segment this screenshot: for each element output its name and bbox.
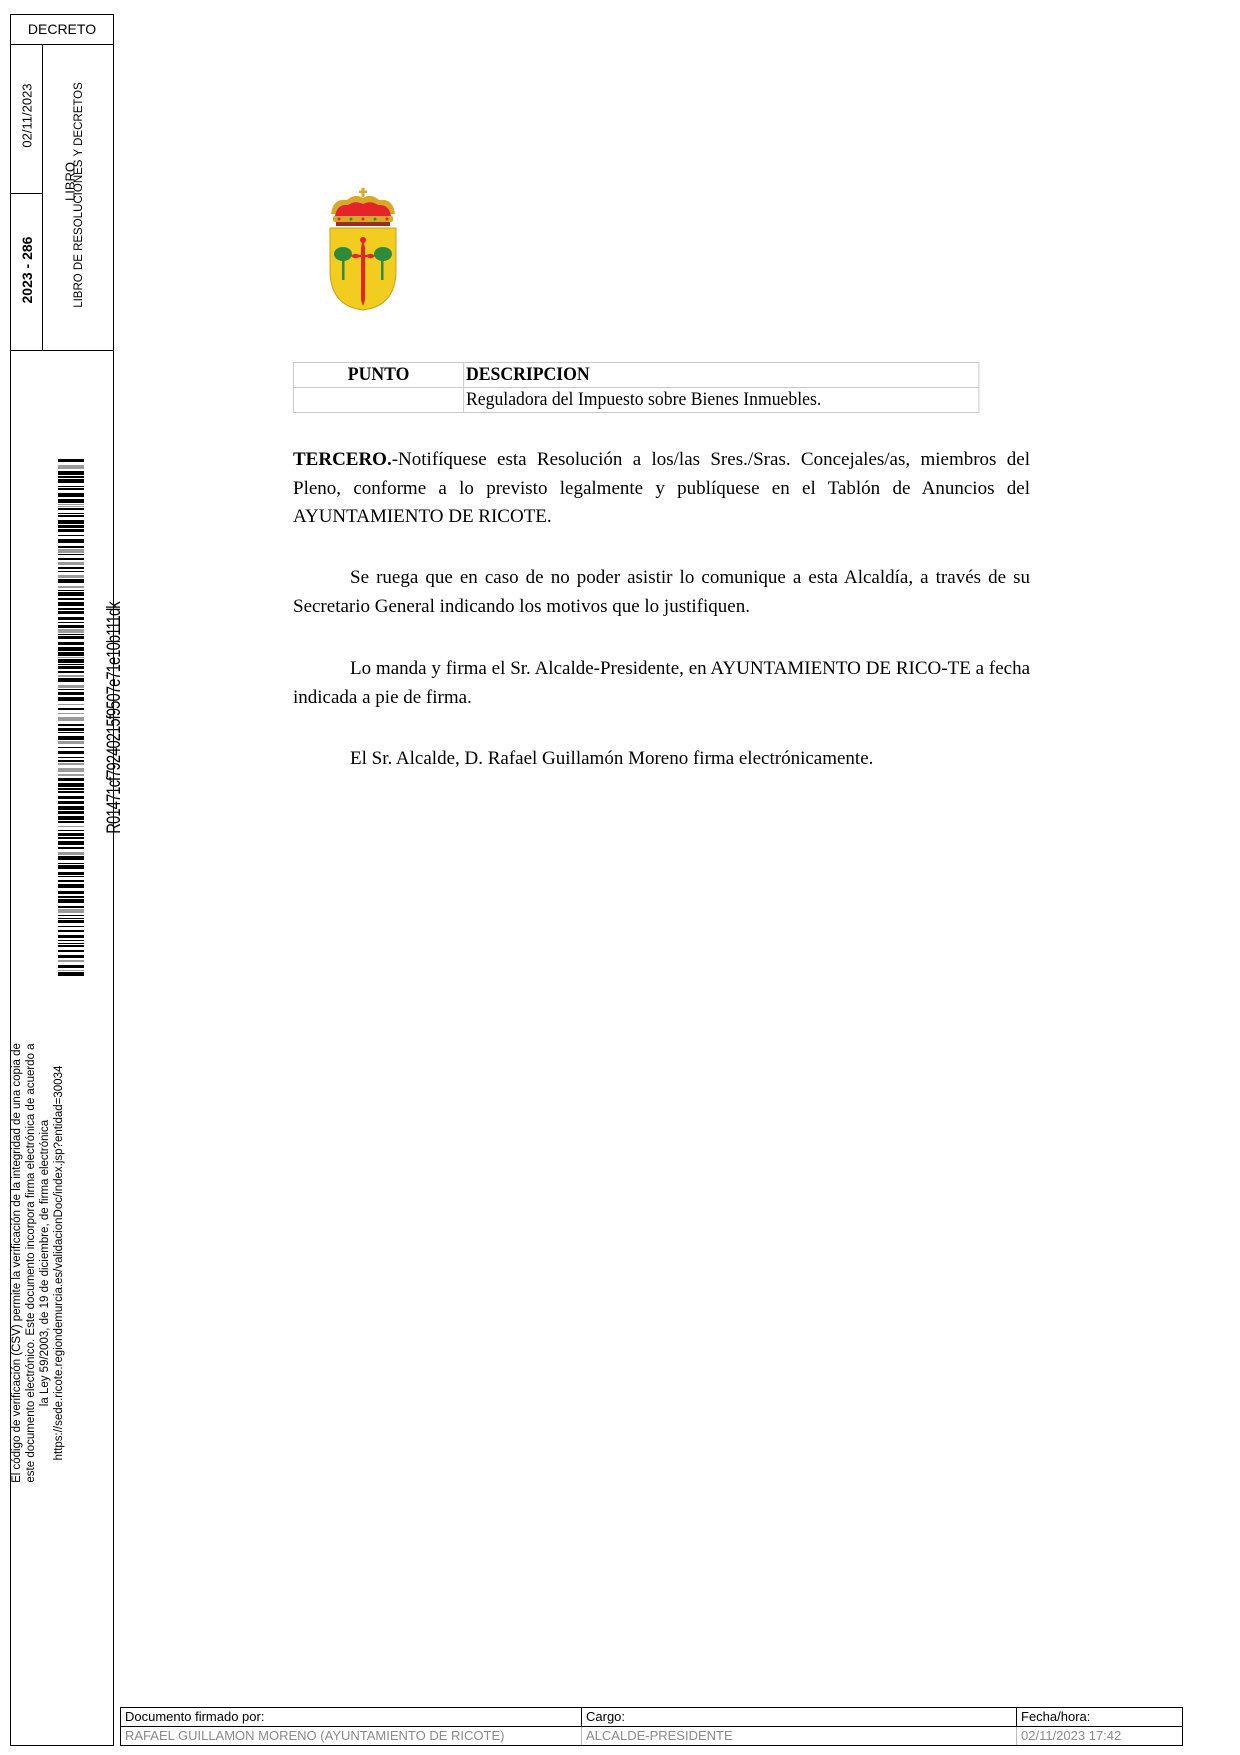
datetime-label: Fecha/hora: [1017,1708,1183,1727]
registry-block: 02/11/2023 2023 - 286 LIBRO LIBRO DE RES… [11,44,113,351]
table-header-row: PUNTO DESCRIPCION [293,363,978,388]
csv-barcode [58,459,84,979]
paragraph-signature-order: Lo manda y firma el Sr. Alcalde-Presiden… [293,655,1030,712]
csv-code: R01471cf79240215f9507e71e10b111dk [104,601,126,835]
paragraph-attendance: Se ruega que en caso de no poder asistir… [293,564,1030,621]
signature-labels-row: Documento firmado por: Cargo: Fecha/hora… [121,1708,1183,1727]
header-descripcion: DESCRIPCION [464,363,979,388]
cell-punto [293,388,463,413]
validation-url: https://sede.ricote.regiondemurcia.es/va… [52,983,66,1543]
signature-order-text: Lo manda y firma el Sr. Alcalde-Presiden… [293,658,1030,708]
datetime-value: 02/11/2023 17:42 [1017,1727,1183,1746]
coat-of-arms-icon [325,188,401,312]
position-value: ALCALDE-PRESIDENTE [582,1727,1017,1746]
signed-by-label: Documento firmado por: [121,1708,582,1727]
document-type: DECRETO [11,15,113,45]
position-label: Cargo: [582,1708,1017,1727]
paragraph-signer: El Sr. Alcalde, D. Rafael Guillamón More… [293,745,1030,774]
attendance-text: Se ruega que en caso de no poder asistir… [293,567,1030,617]
cell-descripcion: Reguladora del Impuesto sobre Bienes Inm… [464,388,979,413]
verification-sidebar: DECRETO 02/11/2023 2023 - 286 LIBRO LIBR… [10,14,114,1746]
header-punto: PUNTO [293,363,463,388]
legal-line: este documento electrónico. Este documen… [24,983,38,1543]
registry-left-column: 02/11/2023 2023 - 286 [11,44,43,350]
decree-number: 2023 - 286 [19,200,35,340]
signer-text: El Sr. Alcalde, D. Rafael Guillamón More… [350,748,873,769]
signed-by-value: RAFAEL GUILLAMON MORENO (AYUNTAMIENTO DE… [121,1727,582,1746]
registry-date-cell: 02/11/2023 [11,44,42,194]
paragraph-tercero: TERCERO.-Notifíquese esta Resolución a l… [293,446,1030,532]
tercero-text: -Notifíquese esta Resolución a los/las S… [293,449,1030,527]
decree-date: 02/11/2023 [20,46,35,186]
legal-line: la Ley 59/2003, de 19 de diciembre, de f… [38,983,52,1543]
csv-legal-notice: El código de verificación (CSV) permite … [10,983,66,1543]
tercero-label: TERCERO. [293,449,392,470]
legal-line: El código de verificación (CSV) permite … [10,983,24,1543]
book-name: LIBRO DE RESOLUCIONES Y DECRETOS [73,45,85,345]
table-row: Reguladora del Impuesto sobre Bienes Inm… [293,388,978,413]
signature-values-row: RAFAEL GUILLAMON MORENO (AYUNTAMIENTO DE… [121,1727,1183,1746]
signature-box: Documento firmado por: Cargo: Fecha/hora… [120,1707,1183,1746]
agenda-table: PUNTO DESCRIPCION Reguladora del Impuest… [293,362,979,413]
